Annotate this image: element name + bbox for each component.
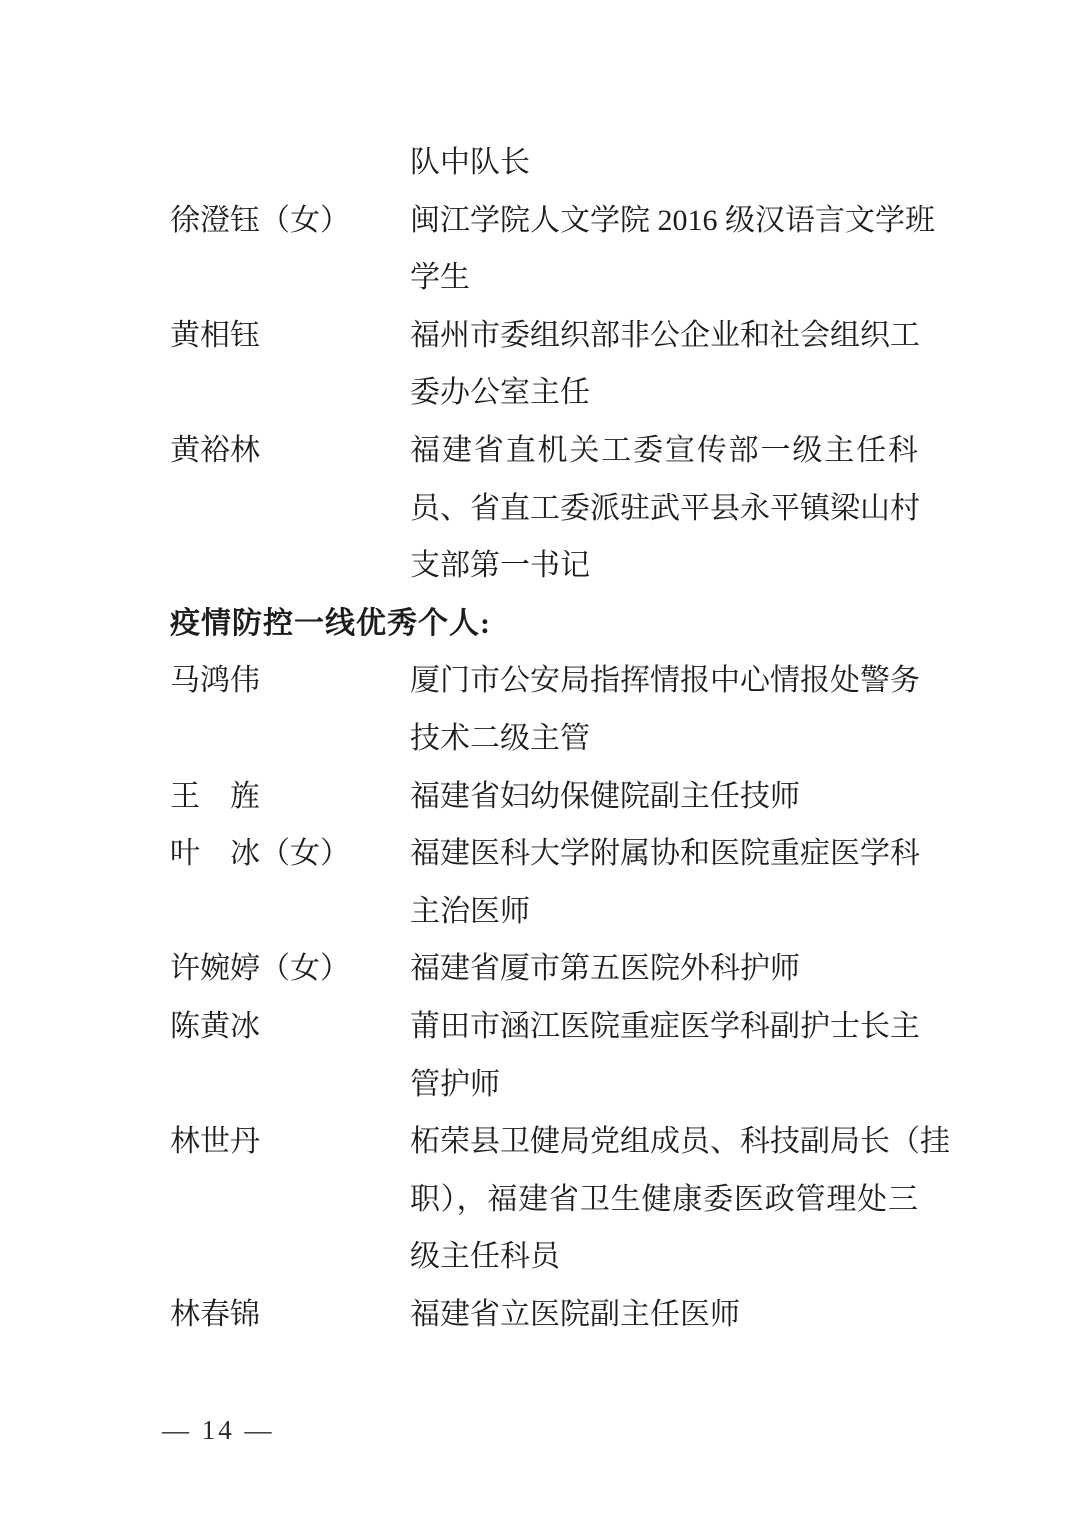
- position-description: 莆田市涵江医院重症医学科副护士长主 管护师: [410, 998, 918, 1113]
- position-description: 福州市委组织部非公企业和社会组织工 委办公室主任: [410, 307, 918, 422]
- position-description: 福建省厦市第五医院外科护师: [410, 940, 918, 998]
- award-entry: 陈黄冰 莆田市涵江医院重症医学科副护士长主 管护师: [170, 998, 930, 1113]
- award-entry: 许婉婷（女） 福建省厦市第五医院外科护师: [170, 940, 930, 998]
- person-name: 王 旌: [170, 768, 410, 826]
- position-line: 柘荣县卫健局党组成员、科技副局长（挂: [410, 1113, 918, 1171]
- award-entry: 徐澄钰（女） 闽江学院人文学院 2016 级汉语言文学班 学生: [170, 192, 930, 307]
- page-number: — 14 —: [162, 1412, 275, 1448]
- position-description: 福建医科大学附属协和医院重症医学科 主治医师: [410, 825, 918, 940]
- position-line: 厦门市公安局指挥情报中心情报处警务: [410, 652, 918, 710]
- position-description: 福建省立医院副主任医师: [410, 1286, 918, 1344]
- position-line: 福州市委组织部非公企业和社会组织工: [410, 307, 918, 365]
- position-line: 福建省厦市第五医院外科护师: [410, 940, 918, 998]
- position-line: 队中队长: [410, 134, 918, 192]
- person-name: 马鸿伟: [170, 652, 410, 710]
- position-description: 柘荣县卫健局党组成员、科技副局长（挂 职），福建省卫生健康委医政管理处三 级主任…: [410, 1113, 918, 1286]
- position-line: 主治医师: [410, 883, 918, 941]
- position-line: 福建省妇幼保健院副主任技师: [410, 768, 918, 826]
- position-line: 委办公室主任: [410, 364, 918, 422]
- person-name: 林世丹: [170, 1113, 410, 1171]
- award-entry: 林世丹 柘荣县卫健局党组成员、科技副局长（挂 职），福建省卫生健康委医政管理处三…: [170, 1113, 930, 1286]
- award-entry: 叶 冰（女） 福建医科大学附属协和医院重症医学科 主治医师: [170, 825, 930, 940]
- document-body: 队中队长 徐澄钰（女） 闽江学院人文学院 2016 级汉语言文学班 学生 黄相钰…: [170, 134, 930, 1343]
- position-line: 福建省立医院副主任医师: [410, 1286, 918, 1344]
- position-line: 管护师: [410, 1056, 918, 1114]
- position-line: 学生: [410, 249, 918, 307]
- award-entry: 林春锦 福建省立医院副主任医师: [170, 1286, 930, 1344]
- position-line: 闽江学院人文学院 2016 级汉语言文学班: [410, 192, 918, 250]
- person-name: 陈黄冰: [170, 998, 410, 1056]
- position-description: 福建省妇幼保健院副主任技师: [410, 768, 918, 826]
- position-line: 级主任科员: [410, 1228, 918, 1286]
- position-line: 莆田市涵江医院重症医学科副护士长主: [410, 998, 918, 1056]
- continuation-entry: 队中队长: [170, 134, 930, 192]
- position-line: 职），福建省卫生健康委医政管理处三: [410, 1171, 918, 1229]
- person-name: 许婉婷（女）: [170, 940, 410, 998]
- position-description: 福建省直机关工委宣传部一级主任科 员、省直工委派驻武平县永平镇梁山村 支部第一书…: [410, 422, 918, 595]
- person-name: 徐澄钰（女）: [170, 192, 410, 250]
- person-name: 林春锦: [170, 1286, 410, 1344]
- award-entry: 黄裕林 福建省直机关工委宣传部一级主任科 员、省直工委派驻武平县永平镇梁山村 支…: [170, 422, 930, 595]
- position-line: 支部第一书记: [410, 537, 918, 595]
- position-line: 福建省直机关工委宣传部一级主任科: [410, 422, 918, 480]
- award-entry: 王 旌 福建省妇幼保健院副主任技师: [170, 768, 930, 826]
- person-name: 黄裕林: [170, 422, 410, 480]
- award-entry: 马鸿伟 厦门市公安局指挥情报中心情报处警务 技术二级主管: [170, 652, 930, 767]
- person-name: 黄相钰: [170, 307, 410, 365]
- award-entry: 黄相钰 福州市委组织部非公企业和社会组织工 委办公室主任: [170, 307, 930, 422]
- person-name: 叶 冰（女）: [170, 825, 410, 883]
- position-line: 员、省直工委派驻武平县永平镇梁山村: [410, 480, 918, 538]
- section-heading: 疫情防控一线优秀个人:: [170, 595, 930, 653]
- position-description: 厦门市公安局指挥情报中心情报处警务 技术二级主管: [410, 652, 918, 767]
- position-description: 闽江学院人文学院 2016 级汉语言文学班 学生: [410, 192, 918, 307]
- position-line: 技术二级主管: [410, 710, 918, 768]
- position-description: 队中队长: [410, 134, 918, 192]
- position-line: 福建医科大学附属协和医院重症医学科: [410, 825, 918, 883]
